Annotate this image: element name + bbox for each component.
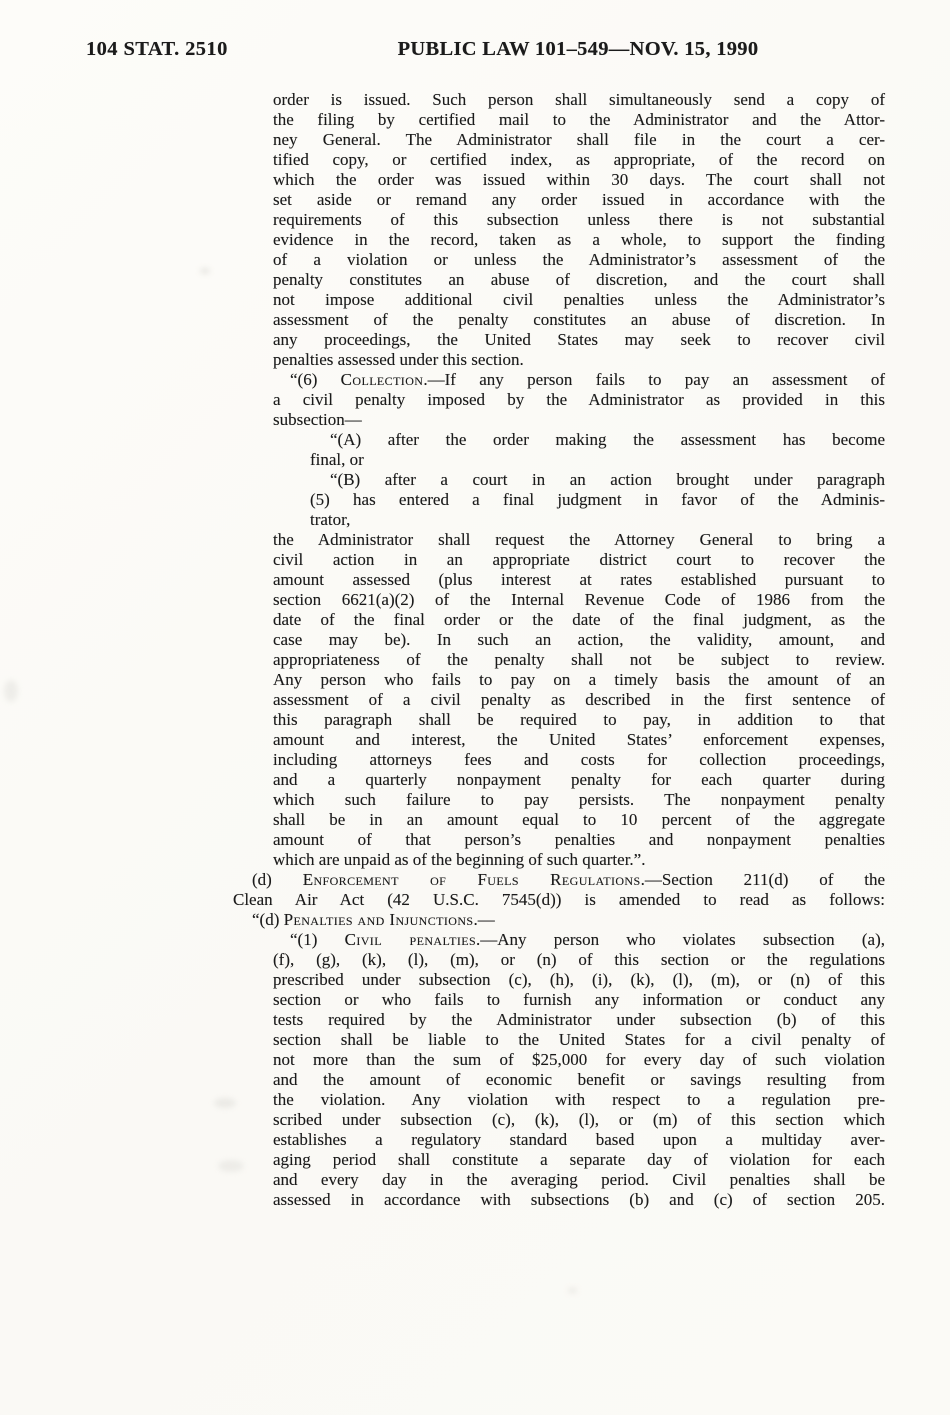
text-line: and a quarterly nonpayment penalty for e…	[273, 770, 885, 790]
text-line: evidence in the record, taken as a whole…	[273, 230, 885, 250]
text-line: amount assessed (plus interest at rates …	[273, 570, 885, 590]
text-line: Clean Air Act (42 U.S.C. 7545(d)) is ame…	[233, 890, 885, 910]
text-line: tests required by the Administrator unde…	[273, 1010, 885, 1030]
text-line: assessment of the penalty constitutes an…	[273, 310, 885, 330]
small-caps-heading: Collection	[341, 370, 424, 389]
text-block: order is issued. Such person shall simul…	[233, 90, 885, 1210]
text-line: which the order was issued within 30 day…	[273, 170, 885, 190]
scan-artifact	[4, 680, 18, 702]
text-line: the Administrator shall request the Atto…	[273, 530, 885, 550]
text-line: scribed under subsection (c), (k), (l), …	[273, 1110, 885, 1130]
text-line: penalties assessed under this section.	[273, 350, 885, 370]
text-line: order is issued. Such person shall simul…	[273, 90, 885, 110]
text-line: of a violation or unless the Administrat…	[273, 250, 885, 270]
text-line: amount and interest, the United States’ …	[273, 730, 885, 750]
text-line: civil action in an appropriate district …	[273, 550, 885, 570]
text-line: a civil penalty imposed by the Administr…	[273, 390, 885, 410]
text-line: the filing by certified mail to the Admi…	[273, 110, 885, 130]
text-line: (5) has entered a final judgment in favo…	[310, 490, 885, 510]
text-line: trator,	[310, 510, 885, 530]
scan-artifact	[218, 1160, 244, 1172]
text-line: final, or	[310, 450, 885, 470]
text-line: this paragraph shall be required to pay,…	[273, 710, 885, 730]
text-line: penalty constitutes an abuse of discreti…	[273, 270, 885, 290]
scan-artifact	[200, 268, 210, 274]
stat-page-number: 104 STAT. 2510	[86, 38, 228, 61]
text-line: which are unpaid as of the beginning of …	[273, 850, 885, 870]
small-caps-heading: Penalties and Injunctions	[284, 910, 474, 929]
text-line: tified copy, or certified index, as appr…	[273, 150, 885, 170]
text-line: “(6) Collection.—If any person fails to …	[290, 370, 885, 390]
scan-artifact	[214, 1098, 236, 1108]
text-line: aging period shall constitute a separate…	[273, 1150, 885, 1170]
text-line: section or who fails to furnish any info…	[273, 990, 885, 1010]
text-line: requirements of this subsection unless t…	[273, 210, 885, 230]
text-line: set aside or remand any order issued in …	[273, 190, 885, 210]
text-line: appropriateness of the penalty shall not…	[273, 650, 885, 670]
text-line: section 6621(a)(2) of the Internal Reven…	[273, 590, 885, 610]
text-line: including attorneys fees and costs for c…	[273, 750, 885, 770]
text-line: not more than the sum of $25,000 for eve…	[273, 1050, 885, 1070]
text-line: establishes a regulatory standard based …	[273, 1130, 885, 1150]
law-title: PUBLIC LAW 101–549—NOV. 15, 1990	[398, 38, 759, 61]
small-caps-heading: Civil penalties	[345, 930, 476, 949]
text-line: and the amount of economic benefit or sa…	[273, 1070, 885, 1090]
text-line: section shall be liable to the United St…	[273, 1030, 885, 1050]
scan-artifact	[568, 1288, 577, 1293]
text-line: “(A) after the order making the assessme…	[330, 430, 885, 450]
text-line: and every day in the averaging period. C…	[273, 1170, 885, 1190]
text-line: assessment of a civil penalty as describ…	[273, 690, 885, 710]
text-line: Any person who fails to pay on a timely …	[273, 670, 885, 690]
text-line: (d) Enforcement of Fuels Regulations.—Se…	[252, 870, 885, 890]
text-line: shall be in an amount equal to 10 percen…	[273, 810, 885, 830]
text-line: amount of that person’s penalties and no…	[273, 830, 885, 850]
text-line: ney General. The Administrator shall fil…	[273, 130, 885, 150]
text-line: subsection—	[273, 410, 885, 430]
text-line: any proceedings, the United States may s…	[273, 330, 885, 350]
text-line: “(d) Penalties and Injunctions.—	[252, 910, 885, 930]
text-line: which such failure to pay persists. The …	[273, 790, 885, 810]
text-line: prescribed under subsection (c), (h), (i…	[273, 970, 885, 990]
text-line: “(1) Civil penalties.—Any person who vio…	[290, 930, 885, 950]
text-line: “(B) after a court in an action brought …	[330, 470, 885, 490]
text-line: the violation. Any violation with respec…	[273, 1090, 885, 1110]
small-caps-heading: Enforcement of Fuels Regulations	[303, 870, 641, 889]
text-line: date of the final order or the date of t…	[273, 610, 885, 630]
text-line: not impose additional civil penalties un…	[273, 290, 885, 310]
text-line: assessed in accordance with subsections …	[273, 1190, 885, 1210]
text-line: (f), (g), (k), (l), (m), or (n) of this …	[273, 950, 885, 970]
statute-page: 104 STAT. 2510 PUBLIC LAW 101–549—NOV. 1…	[0, 0, 950, 1415]
text-line: case may be). In such an action, the val…	[273, 630, 885, 650]
